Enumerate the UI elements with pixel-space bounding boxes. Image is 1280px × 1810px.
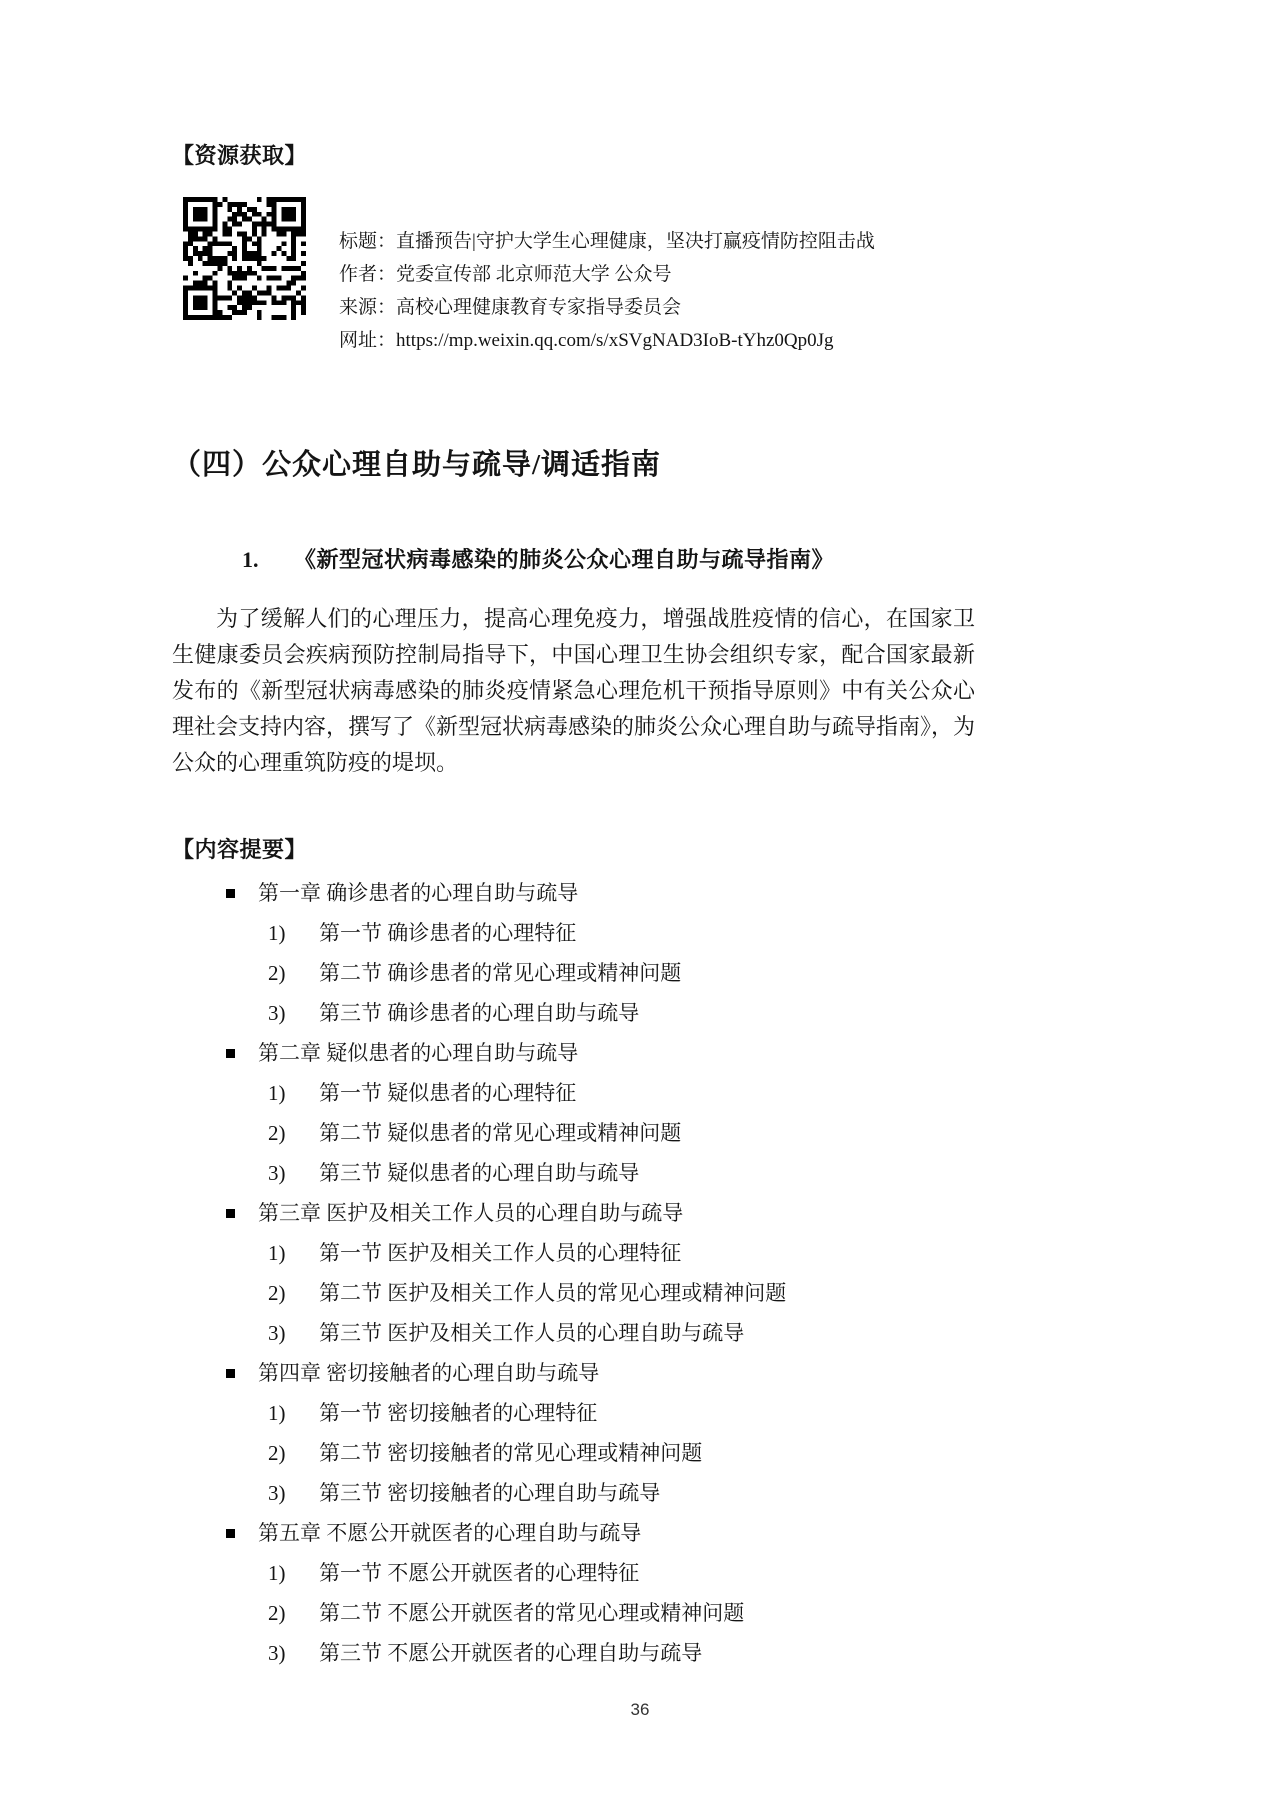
section-title: 第三节 确诊患者的心理自助与疏导 <box>319 993 639 1033</box>
section-number: 3) <box>268 1153 319 1193</box>
section-number: 3) <box>268 993 319 1033</box>
section-item: 3)第三节 医护及相关工作人员的心理自助与疏导 <box>172 1313 975 1353</box>
section-number: 3) <box>268 1473 319 1513</box>
section-item: 1)第一节 密切接触者的心理特征 <box>172 1393 975 1433</box>
section-title: 第一节 确诊患者的心理特征 <box>319 913 576 953</box>
section-item: 2)第二节 密切接触者的常见心理或精神问题 <box>172 1433 975 1473</box>
section-title: 第二节 密切接触者的常见心理或精神问题 <box>319 1433 702 1473</box>
chapter-item: 第一章 确诊患者的心理自助与疏导 <box>172 873 975 913</box>
meta-value: 直播预告|守护大学生心理健康，坚决打赢疫情防控阻击战 <box>396 231 875 252</box>
chapter-title: 第一章 确诊患者的心理自助与疏导 <box>258 873 578 913</box>
meta-value: 高校心理健康教育专家指导委员会 <box>396 297 681 318</box>
section-title: 第一节 密切接触者的心理特征 <box>319 1393 597 1433</box>
meta-value: https://mp.weixin.qq.com/s/xSVgNAD3IoB-t… <box>396 330 834 351</box>
bullet-square-icon <box>226 1049 235 1058</box>
meta-row: 标题：直播预告|守护大学生心理健康，坚决打赢疫情防控阻击战 <box>339 225 875 258</box>
summary-list: 第一章 确诊患者的心理自助与疏导1)第一节 确诊患者的心理特征2)第二节 确诊患… <box>172 873 975 1673</box>
bullet-square-icon <box>226 1369 235 1378</box>
section-number: 3) <box>268 1313 319 1353</box>
bullet-square-icon <box>226 1209 235 1218</box>
section-title: 第三节 密切接触者的心理自助与疏导 <box>319 1473 660 1513</box>
section-title: 第三节 不愿公开就医者的心理自助与疏导 <box>319 1633 702 1673</box>
page-content: 【资源获取】 标题：直播预告|守护大学生心理健康，坚决打赢疫情防控阻击战作者：党… <box>0 0 1280 1673</box>
section-item: 1)第一节 疑似患者的心理特征 <box>172 1073 975 1113</box>
section-title: 第二节 不愿公开就医者的常见心理或精神问题 <box>319 1593 744 1633</box>
chapter-title: 第五章 不愿公开就医者的心理自助与疏导 <box>258 1513 641 1553</box>
section-title: 第三节 疑似患者的心理自助与疏导 <box>319 1153 639 1193</box>
chapter-item: 第二章 疑似患者的心理自助与疏导 <box>172 1033 975 1073</box>
chapter-item: 第四章 密切接触者的心理自助与疏导 <box>172 1353 975 1393</box>
chapter-item: 第三章 医护及相关工作人员的心理自助与疏导 <box>172 1193 975 1233</box>
chapter-item: 第五章 不愿公开就医者的心理自助与疏导 <box>172 1513 975 1553</box>
resource-meta: 标题：直播预告|守护大学生心理健康，坚决打赢疫情防控阻击战作者：党委宣传部 北京… <box>339 225 875 357</box>
section-item: 1)第一节 不愿公开就医者的心理特征 <box>172 1553 975 1593</box>
section-title: 第一节 疑似患者的心理特征 <box>319 1073 576 1113</box>
bullet-square-icon <box>226 889 235 898</box>
meta-row: 来源：高校心理健康教育专家指导委员会 <box>339 291 875 324</box>
resource-heading: 【资源获取】 <box>172 141 975 171</box>
section-title: 第三节 医护及相关工作人员的心理自助与疏导 <box>319 1313 744 1353</box>
section-title: 第二节 疑似患者的常见心理或精神问题 <box>319 1113 681 1153</box>
meta-row: 作者：党委宣传部 北京师范大学 公众号 <box>339 258 875 291</box>
section-item: 3)第三节 不愿公开就医者的心理自助与疏导 <box>172 1633 975 1673</box>
section-item: 2)第二节 医护及相关工作人员的常见心理或精神问题 <box>172 1273 975 1313</box>
section-title: 第二节 确诊患者的常见心理或精神问题 <box>319 953 681 993</box>
item-number: 1. <box>242 547 259 572</box>
section-title: 第一节 不愿公开就医者的心理特征 <box>319 1553 639 1593</box>
meta-label: 标题： <box>339 231 396 252</box>
section-number: 2) <box>268 953 319 993</box>
section-heading: （四）公众心理自助与疏导/调适指南 <box>172 445 975 485</box>
section-title: 第一节 医护及相关工作人员的心理特征 <box>319 1233 681 1273</box>
section-number: 3) <box>268 1633 319 1673</box>
section-item: 3)第三节 密切接触者的心理自助与疏导 <box>172 1473 975 1513</box>
section-item: 3)第三节 确诊患者的心理自助与疏导 <box>172 993 975 1033</box>
item-title: 《新型冠状病毒感染的肺炎公众心理自助与疏导指南》 <box>294 547 834 572</box>
meta-label: 来源： <box>339 297 396 318</box>
meta-label: 作者： <box>339 264 396 285</box>
section-number: 1) <box>268 913 319 953</box>
meta-value: 党委宣传部 北京师范大学 公众号 <box>396 264 672 285</box>
resource-block: 标题：直播预告|守护大学生心理健康，坚决打赢疫情防控阻击战作者：党委宣传部 北京… <box>172 197 975 357</box>
section-number: 1) <box>268 1073 319 1113</box>
section-title: 第二节 医护及相关工作人员的常见心理或精神问题 <box>319 1273 786 1313</box>
section-number: 2) <box>268 1113 319 1153</box>
bullet-square-icon <box>226 1529 235 1538</box>
section-item: 1)第一节 医护及相关工作人员的心理特征 <box>172 1233 975 1273</box>
chapter-title: 第四章 密切接触者的心理自助与疏导 <box>258 1353 599 1393</box>
meta-label: 网址： <box>339 330 396 351</box>
section-item: 2)第二节 疑似患者的常见心理或精神问题 <box>172 1113 975 1153</box>
body-paragraph: 为了缓解人们的心理压力，提高心理免疫力，增强战胜疫情的信心，在国家卫生健康委员会… <box>172 601 975 781</box>
chapter-title: 第三章 医护及相关工作人员的心理自助与疏导 <box>258 1193 683 1233</box>
chapter-title: 第二章 疑似患者的心理自助与疏导 <box>258 1033 578 1073</box>
summary-heading: 【内容提要】 <box>172 835 975 865</box>
qr-code-icon <box>183 197 306 320</box>
item-title-row: 1. 《新型冠状病毒感染的肺炎公众心理自助与疏导指南》 <box>172 545 975 575</box>
section-number: 2) <box>268 1433 319 1473</box>
section-item: 3)第三节 疑似患者的心理自助与疏导 <box>172 1153 975 1193</box>
section-item: 1)第一节 确诊患者的心理特征 <box>172 913 975 953</box>
meta-row: 网址：https://mp.weixin.qq.com/s/xSVgNAD3Io… <box>339 324 875 357</box>
section-number: 1) <box>268 1553 319 1593</box>
section-item: 2)第二节 不愿公开就医者的常见心理或精神问题 <box>172 1593 975 1633</box>
section-number: 2) <box>268 1593 319 1633</box>
section-number: 2) <box>268 1273 319 1313</box>
section-number: 1) <box>268 1393 319 1433</box>
section-item: 2)第二节 确诊患者的常见心理或精神问题 <box>172 953 975 993</box>
document-page: 【资源获取】 标题：直播预告|守护大学生心理健康，坚决打赢疫情防控阻击战作者：党… <box>0 0 1280 1810</box>
page-number: 36 <box>0 1700 1280 1720</box>
section-number: 1) <box>268 1233 319 1273</box>
